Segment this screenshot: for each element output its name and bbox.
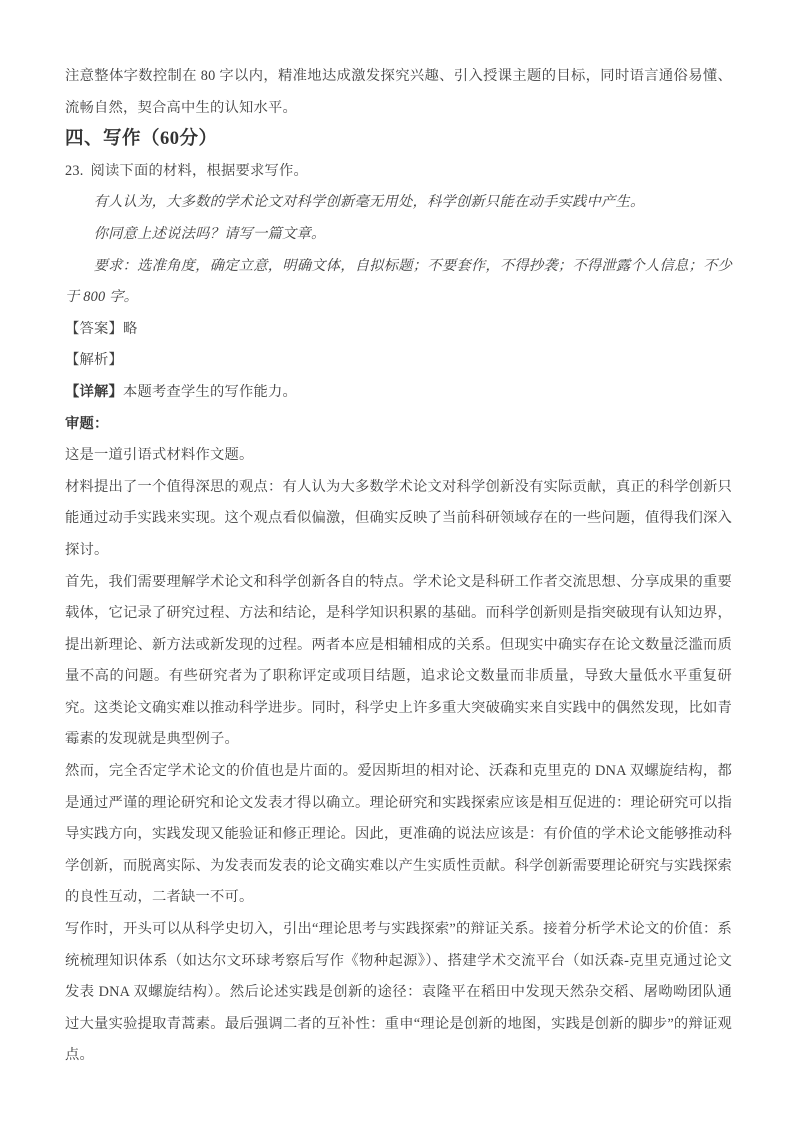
material-paragraph-2: 你同意上述说法吗？请写一篇文章。 [65, 219, 732, 251]
detail-content: 本题考查学生的写作能力。 [123, 384, 297, 400]
material-paragraph-3: 要求：选准角度，确定立意，明确文体，自拟标题；不要套作，不得抄袭；不得泄露个人信… [65, 251, 732, 314]
analysis-label: 【解析】 [65, 352, 123, 368]
section-heading-writing: 四、写作（60分） [65, 124, 732, 156]
answer-content: 略 [123, 321, 138, 337]
detail-line: 【详解】本题考查学生的写作能力。 [65, 377, 732, 409]
exam-answer-page: 注意整体字数控制在 80 字以内，精准地达成激发探究兴趣、引入授课主题的目标，同… [0, 0, 800, 1131]
question-number: 23. [65, 163, 83, 179]
shenti-paragraph-5: 写作时，开头可以从科学史切入，引出“理论思考与实践探索”的辩证关系。接着分析学术… [65, 914, 732, 1072]
shenti-paragraph-1: 这是一道引语式材料作文题。 [65, 440, 732, 472]
question-stem-line: 23.阅读下面的材料，根据要求写作。 [65, 156, 732, 188]
analysis-line: 【解析】 [65, 345, 732, 377]
intro-paragraph: 注意整体字数控制在 80 字以内，精准地达成激发探究兴趣、引入授课主题的目标，同… [65, 61, 732, 124]
answer-label: 【答案】 [65, 321, 123, 337]
shenti-paragraph-2: 材料提出了一个值得深思的观点：有人认为大多数学术论文对科学创新没有实际贡献，真正… [65, 472, 732, 567]
answer-line: 【答案】略 [65, 314, 732, 346]
detail-label: 【详解】 [65, 384, 123, 400]
shenti-heading: 审题： [65, 409, 732, 441]
shenti-paragraph-4: 然而，完全否定学术论文的价值也是片面的。爱因斯坦的相对论、沃森和克里克的 DNA… [65, 756, 732, 914]
material-paragraph-1: 有人认为，大多数的学术论文对科学创新毫无用处，科学创新只能在动手实践中产生。 [65, 187, 732, 219]
shenti-paragraph-3: 首先，我们需要理解学术论文和科学创新各自的特点。学术论文是科研工作者交流思想、分… [65, 567, 732, 757]
question-stem-text: 阅读下面的材料，根据要求写作。 [90, 163, 307, 179]
